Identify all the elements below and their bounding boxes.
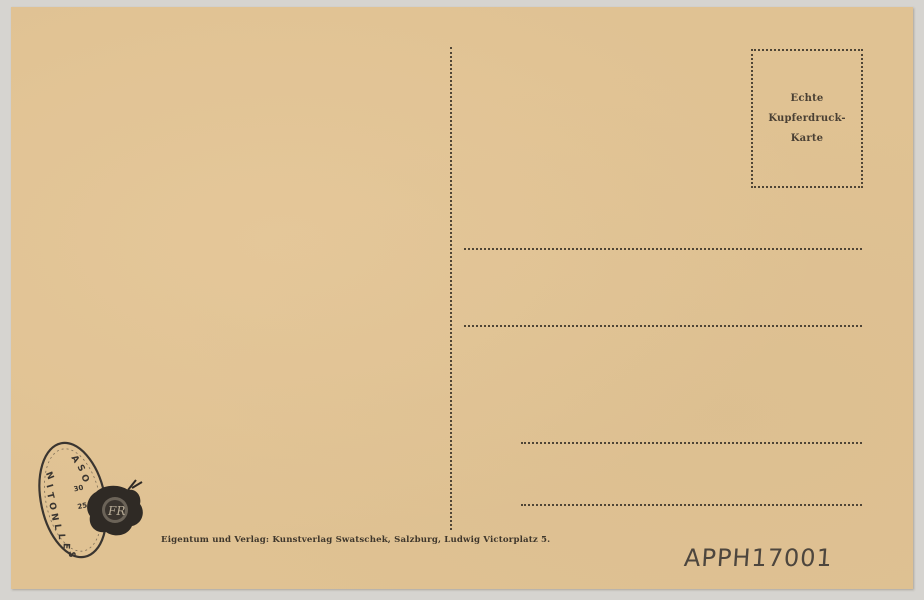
stamp-box-line-3: Karte — [791, 132, 823, 146]
stamp-box-line-2: Kupferdruck- — [768, 112, 845, 126]
svg-text:T: T — [44, 492, 55, 501]
address-line-3 — [521, 442, 862, 444]
svg-text:I: I — [43, 483, 54, 489]
wax-seal-icon: FR — [87, 480, 143, 535]
svg-text:A: A — [69, 454, 81, 465]
message-address-divider — [450, 47, 452, 530]
svg-text:E: E — [60, 543, 70, 550]
svg-text:25: 25 — [77, 501, 88, 511]
svg-text:30: 30 — [73, 484, 84, 494]
svg-text:N: N — [48, 513, 59, 522]
svg-text:L: L — [56, 533, 66, 539]
archive-accession-number: APPH17001 — [683, 544, 834, 572]
address-line-4 — [521, 504, 862, 506]
svg-text:S: S — [74, 463, 86, 473]
svg-text:S: S — [66, 550, 77, 558]
svg-text:L: L — [52, 523, 63, 530]
postcard-viewer: Echte Kupferdruck- Karte Eigentum und Ve… — [0, 0, 924, 600]
svg-text:O: O — [46, 502, 57, 512]
oval-ink-stamp-icon: N I T O N L L E S A S O 30 25 FR — [28, 430, 148, 565]
publisher-imprint: Eigentum und Verlag: Kunstverlag Swatsch… — [161, 535, 550, 545]
stamp-box: Echte Kupferdruck- Karte — [751, 49, 863, 188]
address-line-1 — [464, 248, 862, 250]
svg-text:N: N — [43, 470, 55, 481]
svg-text:FR: FR — [107, 504, 125, 518]
address-line-2 — [464, 325, 862, 327]
stamp-box-line-1: Echte — [791, 92, 824, 106]
svg-text:O: O — [78, 473, 90, 484]
